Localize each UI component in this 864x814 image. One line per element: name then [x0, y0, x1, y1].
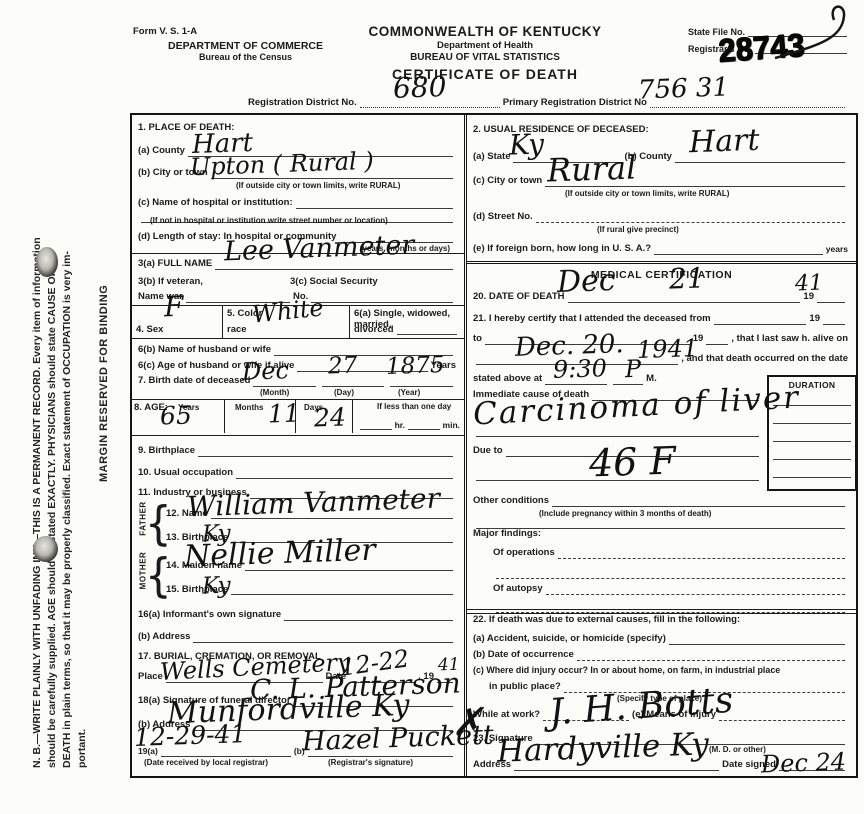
binding-margin-note: MARGIN RESERVED FOR BINDING: [98, 267, 110, 482]
handwritten-res-city: Rural: [546, 151, 636, 186]
hr-line: [360, 418, 392, 430]
margin-note-line: DEATH in plain terms, so that it may be …: [60, 44, 75, 768]
handwritten-date-signed: Dec 24: [761, 750, 847, 777]
race-label: race: [227, 324, 247, 335]
handwritten-physician-sig: J. H. Botts: [548, 683, 734, 732]
field-date-occurrence: (b) Date of occurrence: [473, 649, 848, 661]
field-of-autopsy: Of autopsy: [493, 583, 848, 595]
header-agency: Form V. S. 1-A DEPARTMENT OF COMMERCE Bu…: [133, 26, 358, 62]
informant-sig-line: [284, 609, 453, 621]
marital-cell: 6(a) Single, widowed, married, divorced: [349, 306, 464, 338]
age-months-caption: Months: [235, 403, 263, 412]
sex-label: 4. Sex: [136, 324, 163, 335]
handwritten-birth-year: 1875: [386, 354, 445, 379]
day-caption: (Day): [334, 388, 354, 397]
informant-addr-line: [193, 631, 453, 643]
left-column: 1. PLACE OF DEATH: (a) County (b) City o…: [132, 115, 464, 776]
handwritten-age-months: 11: [268, 400, 301, 426]
operations-line: [558, 547, 845, 559]
field-accident-suicide: (a) Accident, suicide, or homicide (spec…: [473, 633, 848, 645]
month-caption: (Month): [260, 388, 289, 397]
margin-note: N. B.—WRITE PLAINLY WITH UNFADING INK—TH…: [30, 44, 90, 768]
handwritten-mother-name: Nellie Miller: [184, 536, 377, 573]
where-injury-line: (c) Where did injury occur? In or about …: [473, 665, 848, 675]
registration-districts-row: Registration District No. Primary Regist…: [248, 96, 848, 108]
attended-from-line: [714, 313, 807, 325]
birthplace-line: [198, 445, 453, 457]
handwritten-birth-month: Dec: [242, 358, 290, 384]
field-res-street: (d) Street No.: [473, 211, 848, 223]
city-note: (If outside city or town limits, write R…: [236, 181, 400, 190]
hospital-note: (If not in hospital or institution write…: [150, 216, 388, 225]
less-than-day-caption: If less than one day: [377, 402, 451, 411]
field-res-city: (c) City or town: [473, 175, 848, 187]
handwritten-due-to: 46 F: [588, 441, 676, 482]
margin-note-line: N. B.—WRITE PLAINLY WITH UNFADING INK—TH…: [30, 44, 45, 768]
handwritten-ampm: P: [625, 357, 642, 382]
right-column: 2. USUAL RESIDENCE OF DECEASED: (a) Stat…: [464, 115, 856, 776]
handwritten-received-date: 12-29-41: [134, 721, 247, 750]
field-birthplace: 9. Birthplace: [138, 445, 456, 457]
external-causes-heading: 22. If death was due to external causes,…: [473, 615, 848, 626]
min-line: [408, 418, 440, 430]
veteran-ssn-labels: 3(b) If veteran, 3(c) Social Security: [138, 277, 456, 288]
dept-of-health: Department of Health: [330, 40, 640, 51]
handwritten-reg-district: 680: [393, 73, 447, 103]
ink-flourish: [770, 0, 860, 70]
year-caption: (Year): [398, 388, 420, 397]
commonwealth-title: COMMONWEALTH OF KENTUCKY: [330, 24, 640, 39]
field-of-operations: Of operations: [493, 547, 848, 559]
place-of-death-heading: 1. PLACE OF DEATH:: [138, 123, 456, 134]
autopsy-line: [546, 583, 845, 595]
certificate-form: 1. PLACE OF DEATH: (a) County (b) City o…: [130, 113, 858, 778]
res-street-line: [536, 211, 845, 223]
accident-line: [669, 633, 845, 645]
handwritten-birth-day: 27: [328, 354, 358, 378]
field-other-conditions: Other conditions: [473, 495, 848, 507]
age-less-than-day-cell: If less than one day hr. min.: [352, 400, 464, 433]
certificate-title: CERTIFICATE OF DEATH: [330, 66, 640, 82]
field-informant-address: (b) Address: [138, 631, 456, 643]
hospital-line: [296, 197, 453, 209]
res-street-note: (If rural give precinct): [597, 225, 679, 234]
md-or-other-note: (M. D. or other): [709, 745, 766, 754]
mother-bp-line: [231, 583, 453, 595]
bureau-vital-statistics: BUREAU OF VITAL STATISTICS: [330, 52, 640, 63]
handwritten-x-mark: ✗: [450, 702, 483, 741]
field-informant-signature: 16(a) Informant's own signature: [138, 609, 456, 621]
handwritten-primary-district: 756 31: [638, 74, 730, 103]
punch-hole: [36, 247, 58, 277]
received-caption: (Date received by local registrar): [144, 758, 268, 767]
res-city-note: (If outside city or town limits, write R…: [565, 189, 729, 198]
field-date-of-death: 20. DATE OF DEATH 19: [473, 291, 848, 303]
field-occupation: 10. Usual occupation: [138, 467, 456, 479]
bureau-name: Bureau of the Census: [133, 52, 358, 62]
handwritten-physician-addr: Hardyville Ky: [497, 729, 710, 767]
margin-note-line: should be carefully supplied. AGE should…: [45, 44, 60, 768]
occurrence-line: [577, 649, 845, 661]
handwritten-city: Upton ( Rural ): [190, 149, 374, 179]
handwritten-age-days: 24: [314, 404, 347, 430]
handwritten-last-saw-year: 1941: [637, 336, 699, 362]
operations-extra-line: [493, 567, 848, 579]
form-number: Form V. S. 1-A: [133, 26, 358, 37]
handwritten-full-name: Lee Vanmeter: [224, 232, 415, 266]
handwritten-age-years: 65: [160, 402, 193, 428]
handwritten-res-state: Ky: [509, 130, 545, 159]
handwritten-res-county: Hart: [688, 126, 759, 158]
handwritten-father-name: William Vanmeter: [187, 485, 441, 522]
reg-district-label: Registration District No.: [248, 97, 357, 108]
punch-hole: [33, 536, 58, 562]
field-foreign-born: (e) If foreign born, how long in U. S. A…: [473, 243, 848, 255]
handwritten-sex: F: [164, 293, 184, 322]
header-title-block: COMMONWEALTH OF KENTUCKY Department of H…: [330, 24, 640, 82]
ssn-line: [311, 291, 453, 303]
means-line: [719, 709, 845, 721]
foreign-line: [654, 243, 823, 255]
handwritten-mother-bp: Ky: [202, 575, 232, 599]
handwritten-dod-year: 41: [795, 273, 824, 296]
handwritten-dod-month: Dec: [556, 266, 616, 298]
field-hospital: (c) Name of hospital or institution:: [138, 197, 456, 209]
other-conditions-line: [552, 495, 845, 507]
death-certificate-scan: N. B.—WRITE PLAINLY WITH UNFADING INK—TH…: [0, 0, 864, 814]
margin-note-line: portant.: [75, 44, 90, 768]
marital-line: [397, 323, 457, 335]
department-name: DEPARTMENT OF COMMERCE: [133, 40, 358, 52]
marital-label-2: divorced: [354, 324, 394, 335]
section-rule: [132, 338, 464, 339]
handwritten-time: 9:30: [553, 356, 608, 382]
occupation-line: [236, 467, 453, 479]
major-findings-heading: Major findings:: [473, 529, 848, 540]
primary-district-label: Primary Registration District No: [503, 97, 647, 108]
handwritten-race: White: [251, 295, 325, 326]
handwritten-dod-day: 21: [669, 264, 706, 293]
certify-line-1: 21. I hereby certify that I attended the…: [473, 313, 848, 325]
section-rule: [132, 435, 464, 436]
registrar-sig-caption: (Registrar's signature): [328, 758, 413, 767]
